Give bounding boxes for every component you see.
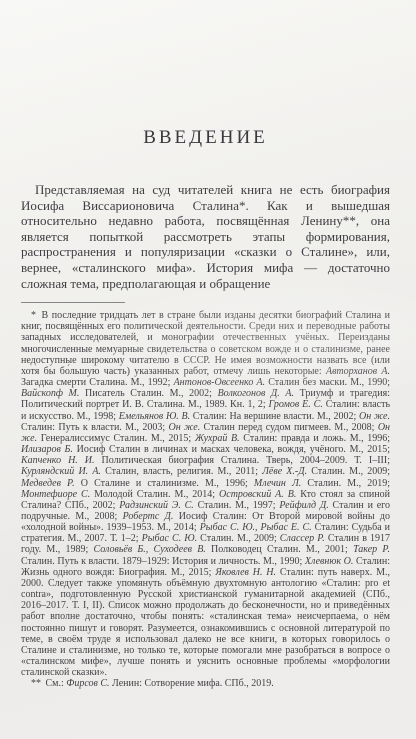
author-name: Он же. xyxy=(169,422,201,433)
footnote-text: Ленин: Сотворение мифа. СПб., 2019. xyxy=(110,678,274,689)
author-name: Такер Р. xyxy=(353,544,390,555)
author-name: Слассер Р. xyxy=(280,533,325,544)
book-page: ВВЕДЕНИЕ Представляемая на суд читателей… xyxy=(0,0,416,739)
footnote-text: Писатель Сталин. М., 2002; xyxy=(79,388,217,399)
author-name: Рейфилд Д. xyxy=(279,500,328,511)
footnote-text: Иосиф Сталин в личинах и масках человека… xyxy=(73,444,390,455)
author-name: Громов Е. С. xyxy=(269,399,323,410)
chapter-heading: ВВЕДЕНИЕ xyxy=(21,0,390,149)
author-name: Илизаров Б. xyxy=(21,444,73,455)
footnote-text: Молодой Сталин. М., 2014; xyxy=(90,489,219,500)
author-name: Волкогонов Д. А. xyxy=(218,388,294,399)
author-name: Вайскопф М. xyxy=(21,388,79,399)
author-name: Соловьёв Б., Суходеев В. xyxy=(94,544,206,555)
author-name: Капченко Н. И. xyxy=(21,455,95,466)
footnote-text: Сталин: путь наверх. М., 2000. Следует т… xyxy=(21,567,390,678)
footnote-text: Сталин. М., 2019; xyxy=(301,478,390,489)
footnote-marker: ** xyxy=(31,678,46,689)
author-name: Робертс Д. xyxy=(123,511,174,522)
author-name: Рыбас С. Ю. xyxy=(142,533,197,544)
footnote-2: ** См.: Фирсов С. Ленин: Сотворение мифа… xyxy=(21,678,390,689)
footnote-text: Полководец Сталин. М., 2001; xyxy=(206,544,353,555)
author-name: Рыбас С. Ю., Рыбас Е. С. xyxy=(200,522,312,533)
footnote-text: Сталин перед судом пигмеев. М., 2008; xyxy=(200,422,378,433)
footnote-1: * В последние тридцать лет в стране были… xyxy=(21,310,390,678)
author-name: Хлевнюк О. xyxy=(305,556,354,567)
author-name: Емельянов Ю. В. xyxy=(119,411,190,422)
footnote-text: Сталин. Путь к власти. 1879–1929: Истори… xyxy=(21,556,305,567)
intro-paragraph: Представляемая на суд читателей книга не… xyxy=(21,182,390,291)
author-name: Медведев Р. xyxy=(21,478,75,489)
footnote-text: Сталин: правда и ложь. М., 1996; xyxy=(240,433,390,444)
footnote-separator xyxy=(21,302,125,303)
author-name: Млечин Л. xyxy=(254,478,301,489)
author-name: Радзинский Э. С. xyxy=(119,500,194,511)
author-name: Курляндский И. А. xyxy=(21,466,101,477)
author-name: Авторханов А. xyxy=(326,366,390,377)
footnotes-section: * В последние тридцать лет в стране были… xyxy=(21,310,390,689)
author-name: Он же. xyxy=(359,411,390,422)
footnote-text: Сталин. М., 1997; xyxy=(194,500,280,511)
footnote-text: Сталин. М., 2009; xyxy=(307,466,390,477)
author-name: Антонов-Овсеенко А. xyxy=(174,377,266,388)
footnote-marker: * xyxy=(31,310,42,321)
footnote-text: Сталин, власть, религия. М., 2011; xyxy=(101,466,262,477)
author-name: Лёве Х.-Д. xyxy=(262,466,307,477)
footnote-text: Сталин: Путь к власти. М., 2003; xyxy=(21,422,169,433)
footnote-text: Сталин без маски. М., 1990; xyxy=(265,377,390,388)
footnote-text: Политическая биография Сталина. Тверь, 2… xyxy=(95,455,390,466)
footnote-text: Генералиссимус Сталин. М., 2015; xyxy=(37,433,195,444)
footnote-text: О Сталине и сталинизме. М., 1996; xyxy=(75,478,254,489)
footnote-text: Загадка смерти Сталина. М., 1992; xyxy=(21,377,174,388)
author-name: Яковлев Н. Н. xyxy=(215,567,276,578)
footnote-text: Сталин. М., 2009; xyxy=(197,533,280,544)
footnote-text: Сталин: На вершине власти. М., 2002; xyxy=(190,411,359,422)
author-name: Островский А. В. xyxy=(219,489,296,500)
author-name: Жухрай В. xyxy=(195,433,240,444)
author-name: Монтефиоре С. xyxy=(21,489,90,500)
footnote-text: См.: xyxy=(46,678,67,689)
author-name: Фирсов С. xyxy=(66,678,109,689)
